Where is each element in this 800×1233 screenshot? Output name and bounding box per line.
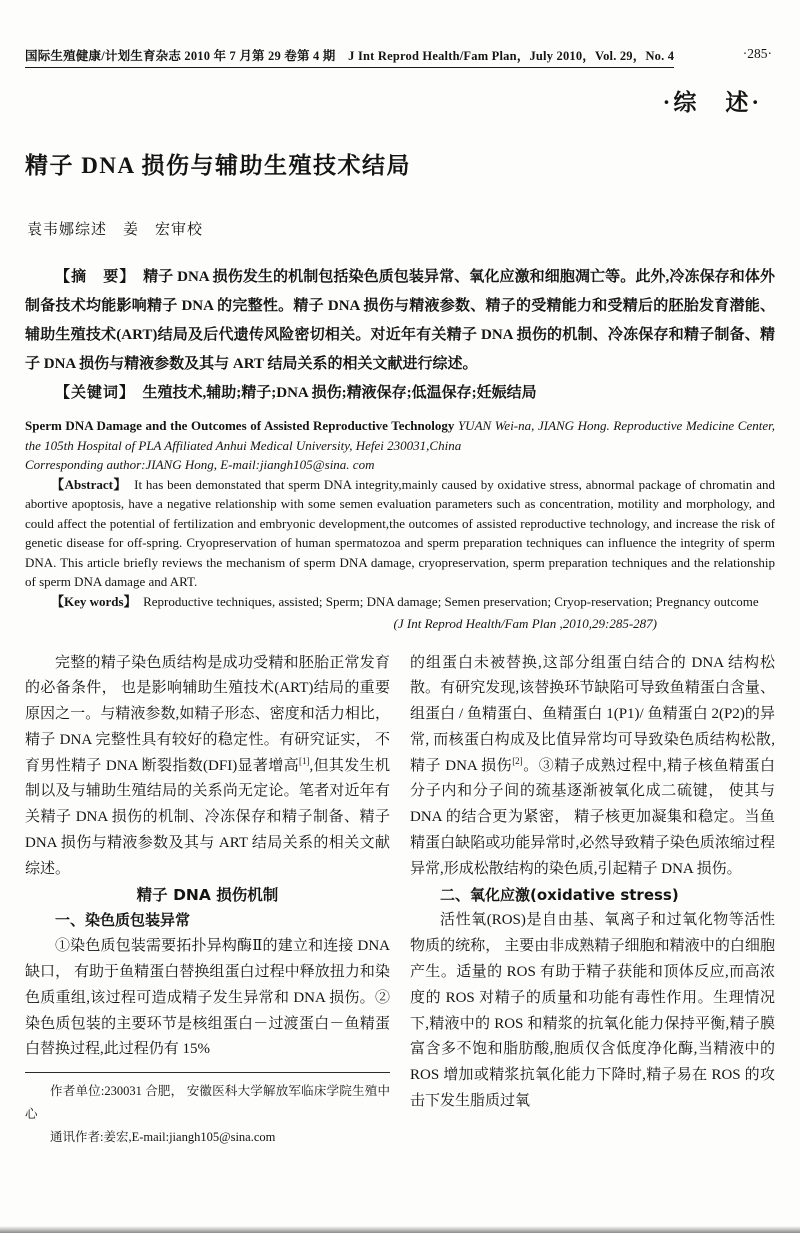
right-paragraph-2: 活性氧(ROS)是自由基、氧离子和过氧化物等活性物质的统称， 主要由非成熟精子细… [410,908,775,1114]
journal-page: 国际生殖健康/计划生育杂志 2010 年 7 月第 29 卷第 4 期 J In… [0,0,800,1233]
english-abstract: 【Abstract】 It has been demonstated that … [25,475,775,592]
category-row: ·综 述· [0,84,800,117]
left-paragraph-1-text-b: ,但其发生机制以及与辅助生殖结局的关系尚无定论。笔者对近年有关精子 DNA 损伤… [25,758,390,877]
left-paragraph-1: 完整的精子染色质结构是成功受精和胚胎正常发育的必备条件， 也是影响辅助生殖技术(… [25,651,390,883]
page-number: ·285· [707,46,772,68]
english-keywords-text: Reproductive techniques, assisted; Sperm… [130,594,759,609]
subsection-heading-2: 二、氧化应激(oxidative stress) [410,883,775,909]
english-keywords-label: 【Key words】 [51,594,130,609]
article-category-badge: ·综 述· [663,90,762,115]
right-column: 的组蛋白未被替换,这部分组蛋白结合的 DNA 结构松散。有研究发现,该替换环节缺… [410,651,775,1150]
body-columns: 完整的精子染色质结构是成功受精和胚胎正常发育的必备条件， 也是影响辅助生殖技术(… [0,651,800,1150]
author-affiliation-note: 作者单位:230031 合肥， 安徽医科大学解放军临床学院生殖中心 [25,1080,390,1126]
right-paragraph-1-text-a: 的组蛋白未被替换,这部分组蛋白结合的 DNA 结构松散。有研究发现,该替换环节缺… [410,655,775,774]
article-title: 精子 DNA 损伤与辅助生殖技术结局 [25,147,800,180]
citation-text: (J Int Reprod Health/Fam Plan ,2010,29:2… [394,616,657,631]
right-paragraph-1-text-b: 。③精子成熟过程中,精子核鱼精蛋白分子内和分子间的巯基逐渐被氧化成二硫键， 使其… [410,758,775,877]
left-paragraph-1-text-a: 完整的精子染色质结构是成功受精和胚胎正常发育的必备条件， 也是影响辅助生殖技术(… [25,655,390,774]
journal-header-line: 国际生殖健康/计划生育杂志 2010 年 7 月第 29 卷第 4 期 J In… [25,46,674,68]
footnote-block: 作者单位:230031 合肥， 安徽医科大学解放军临床学院生殖中心 通讯作者:姜… [25,1072,390,1149]
english-keywords: 【Key words】 Reproductive techniques, ass… [25,592,775,612]
keywords-cn-text: 生殖技术,辅助;精子;DNA 损伤;精液保存;低温保存;妊娠结局 [128,385,537,401]
citation-line: (J Int Reprod Health/Fam Plan ,2010,29:2… [25,614,775,634]
authors-line: 袁韦娜综述 姜 宏审校 [27,218,800,239]
keywords-cn-label: 【关键词】 [55,385,128,401]
abstract-cn-text: 精子 DNA 损伤发生的机制包括染色质包装异常、氧化应激和细胞凋亡等。此外,冷冻… [25,269,775,372]
left-column: 完整的精子染色质结构是成功受精和胚胎正常发育的必备条件， 也是影响辅助生殖技术(… [25,651,390,1150]
english-abstract-label: 【Abstract】 [51,477,121,492]
section-heading-mechanism: 精子 DNA 损伤机制 [25,883,390,909]
corresponding-author-line: Corresponding author:JIANG Hong, E-mail:… [25,455,775,475]
corresponding-author-note: 通讯作者:姜宏,E-mail:jiangh105@sina.com [25,1126,390,1149]
english-section: Sperm DNA Damage and the Outcomes of Ass… [25,416,775,634]
keywords-cn: 【关键词】 生殖技术,辅助;精子;DNA 损伤;精液保存;低温保存;妊娠结局 [25,379,775,408]
reference-marker-1: [1] [299,756,310,766]
page-header: 国际生殖健康/计划生育杂志 2010 年 7 月第 29 卷第 4 期 J In… [0,0,800,68]
english-title: Sperm DNA Damage and the Outcomes of Ass… [25,418,454,433]
scan-edge-shadow [0,1226,800,1233]
english-title-line: Sperm DNA Damage and the Outcomes of Ass… [25,416,775,455]
abstract-cn: 【摘 要】 精子 DNA 损伤发生的机制包括染色质包装异常、氧化应激和细胞凋亡等… [25,263,775,379]
corresponding-author-text: Corresponding author:JIANG Hong, E-mail:… [25,457,374,472]
abstract-cn-label: 【摘 要】 [55,269,128,285]
left-paragraph-2: ①染色质包装需要拓扑异构酶Ⅱ的建立和连接 DNA 缺口， 有助于鱼精蛋白替换组蛋… [25,934,390,1063]
english-abstract-text: It has been demonstated that sperm DNA i… [25,477,775,590]
reference-marker-2: [2] [512,756,523,766]
right-paragraph-1: 的组蛋白未被替换,这部分组蛋白结合的 DNA 结构松散。有研究发现,该替换环节缺… [410,651,775,883]
subsection-heading-1: 一、染色质包装异常 [25,908,390,934]
